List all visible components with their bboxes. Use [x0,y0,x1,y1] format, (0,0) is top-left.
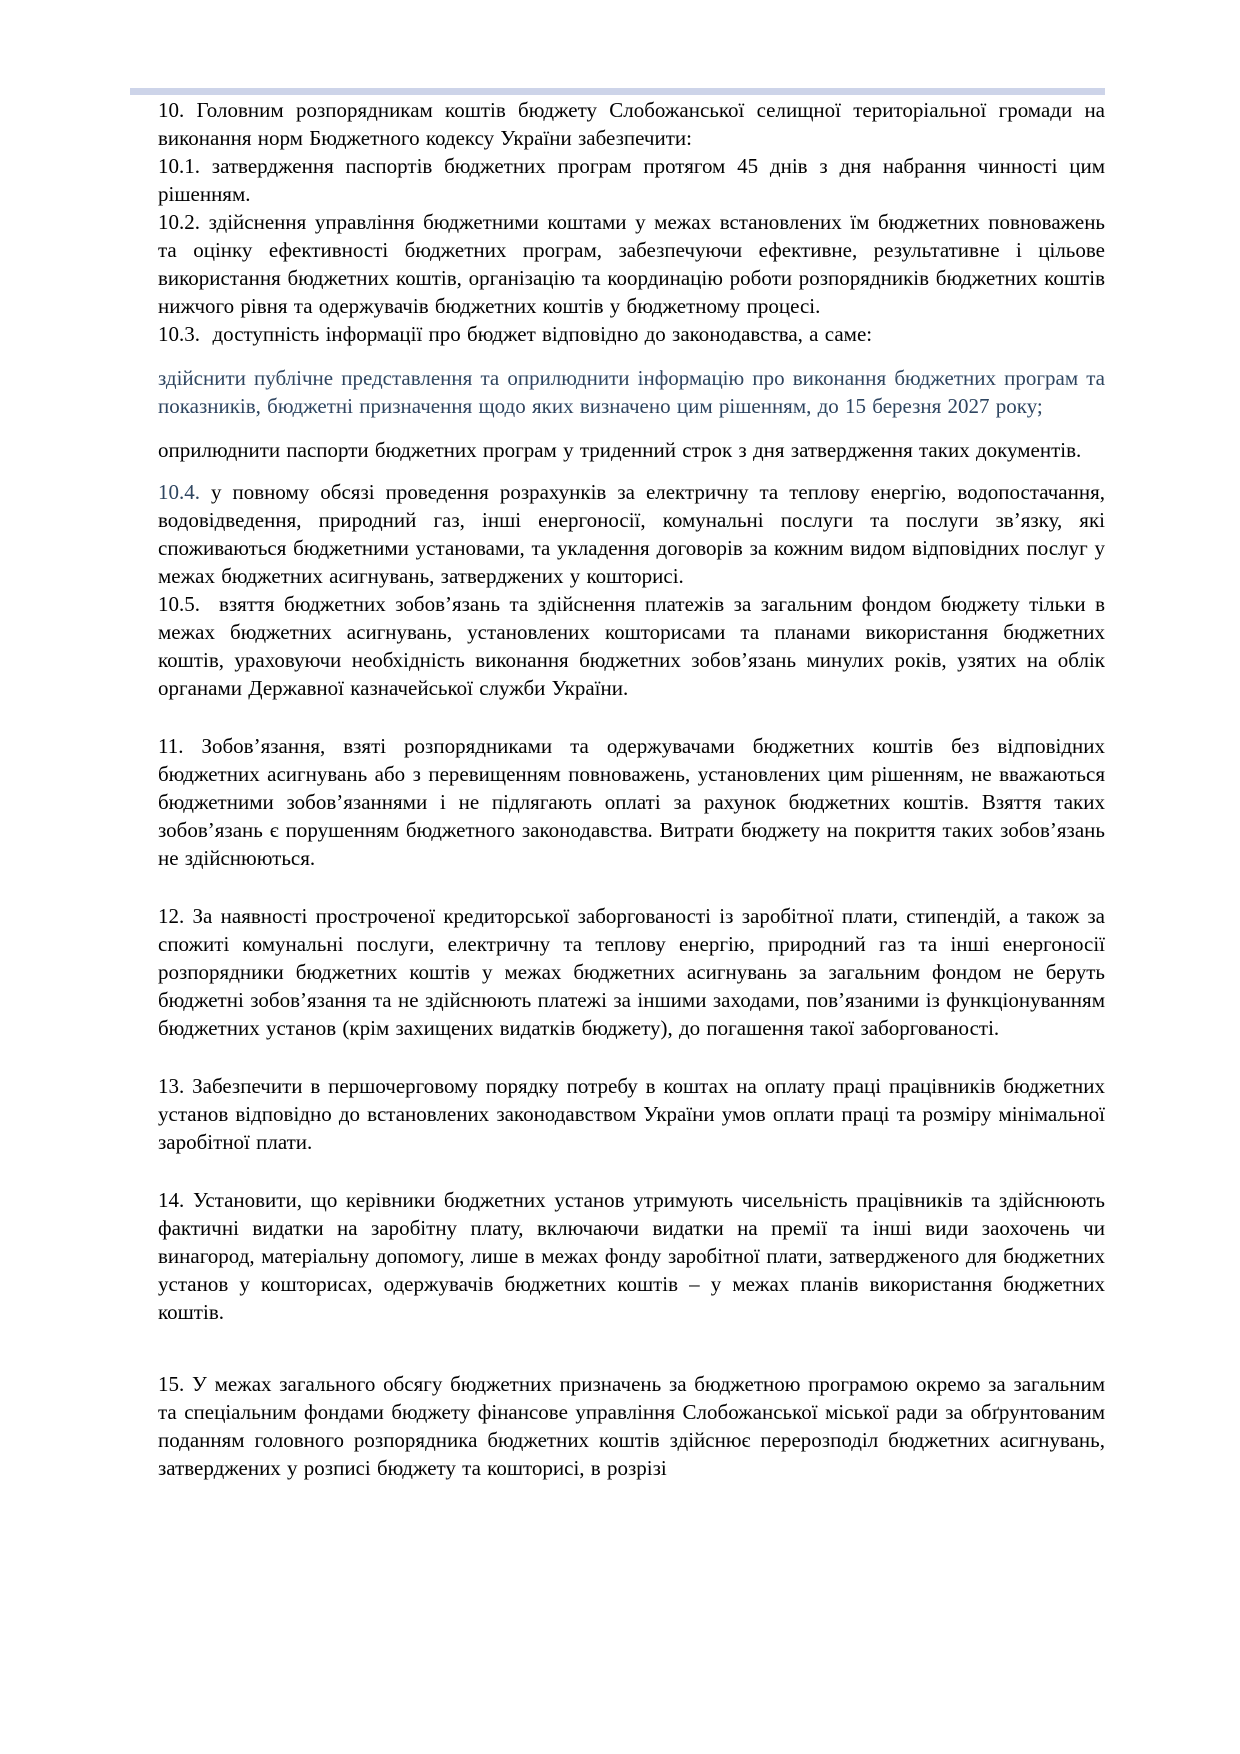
paragraph-publish-info: здійснити публічне представлення та опри… [158,364,1105,420]
paragraph-number: 10.4. [158,480,211,504]
paragraph-number: 15. [158,1372,192,1396]
paragraph-body: здійснення управління бюджетними коштами… [158,210,1105,318]
document-text-block: 10. Головним розпорядникам коштів бюджет… [158,96,1105,1482]
paragraph-number: 10. [158,98,197,122]
paragraph-body: У межах загального обсягу бюджетних приз… [158,1372,1105,1480]
paragraph-10-2: 10.2. здійснення управління бюджетними к… [158,208,1105,320]
paragraph-number: 10.5. [158,592,219,616]
paragraph-body: у повному обсязі проведення розрахунків … [158,480,1105,588]
paragraph-body: Зобов’язання, взяті розпорядниками та од… [158,734,1105,870]
paragraph-10-3: 10.3. доступність інформації про бюджет … [158,320,1105,348]
paragraph-10-4: 10.4. у повному обсязі проведення розрах… [158,478,1105,590]
paragraph-number: 10.1. [158,154,212,178]
paragraph-10-1: 10.1. затвердження паспортів бюджетних п… [158,152,1105,208]
top-divider-bar [130,88,1105,95]
paragraph-number: 12. [158,904,193,928]
paragraph-10-5: 10.5. взяття бюджетних зобов’язань та зд… [158,590,1105,702]
paragraph-number: 13. [158,1074,192,1098]
paragraph-body: За наявності простроченої кредиторської … [158,904,1105,1040]
document-page: 10. Головним розпорядникам коштів бюджет… [0,0,1240,1754]
paragraph-number: 10.2. [158,210,209,234]
paragraph-body: оприлюднити паспорти бюджетних програм у… [158,438,1081,462]
paragraph-15: 15. У межах загального обсягу бюджетних … [158,1370,1105,1482]
paragraph-body: затвердження паспортів бюджетних програм… [158,154,1105,206]
paragraph-number: 11. [158,734,201,758]
paragraph-number: 14. [158,1188,193,1212]
paragraph-14: 14. Установити, що керівники бюджетних у… [158,1186,1105,1326]
paragraph-body: Забезпечити в першочерговому порядку пот… [158,1074,1105,1154]
paragraph-13: 13. Забезпечити в першочерговому порядку… [158,1072,1105,1156]
paragraph-body: доступність інформації про бюджет відпов… [213,322,873,346]
paragraph-body: взяття бюджетних зобов’язань та здійснен… [158,592,1105,700]
paragraph-publish-passports: оприлюднити паспорти бюджетних програм у… [158,436,1105,464]
paragraph-body: здійснити публічне представлення та опри… [158,366,1105,418]
paragraph-10: 10. Головним розпорядникам коштів бюджет… [158,96,1105,152]
paragraph-12: 12. За наявності простроченої кредиторсь… [158,902,1105,1042]
paragraph-body: Установити, що керівники бюджетних устан… [158,1188,1105,1324]
paragraph-number: 10.3. [158,322,213,346]
paragraph-11: 11. Зобов’язання, взяті розпорядниками т… [158,732,1105,872]
paragraph-body: Головним розпорядникам коштів бюджету Сл… [158,98,1105,150]
